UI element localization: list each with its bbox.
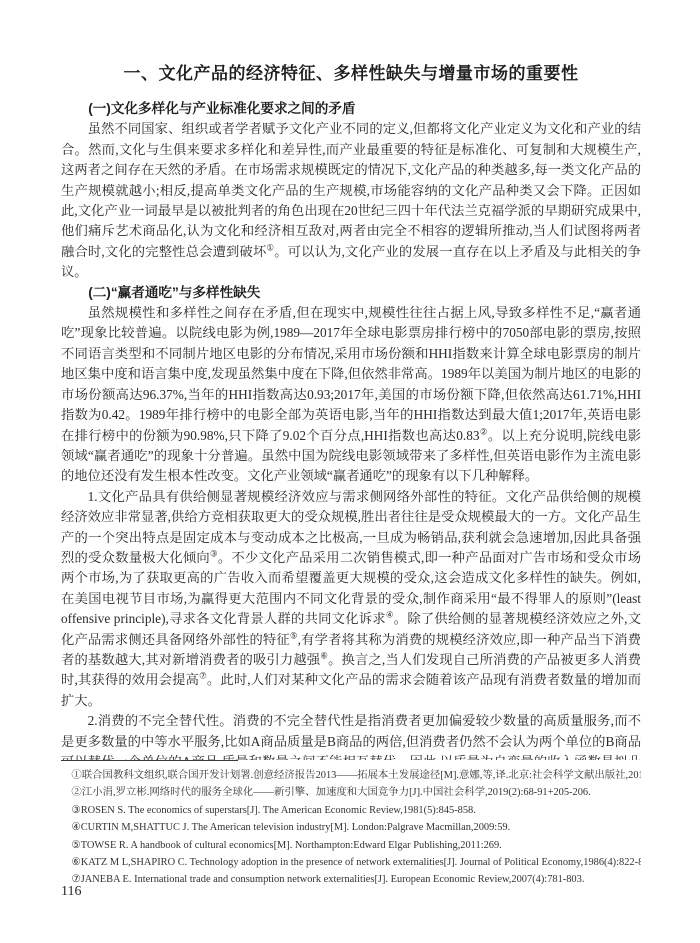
footnote-ref: ④ (386, 610, 394, 620)
article-title: 一、文化产品的经济特征、多样性缺失与增量市场的重要性 (61, 62, 641, 86)
footnote-ref: ⑦ (199, 671, 207, 681)
paragraph-4: 2.消费的不完全替代性。消费的不完全替代性是指消费者更加偏爱较少数量的高质量服务… (61, 711, 641, 764)
footnote: ②江小涓,罗立彬.网络时代的服务全球化——新引擎、加速度和大国竞争力[J].中国… (61, 784, 641, 801)
paragraph-2: 虽然规模性和多样性之间存在矛盾,但在现实中,规模性往往占据上风,导致多样性不足,… (61, 303, 641, 487)
text-run: 虽然不同国家、组织或者学者赋予文化产业不同的定义,但都将文化产业定义为文化和产业… (61, 121, 641, 258)
footnote-ref: ⑥ (320, 651, 328, 661)
text-run: 2.消费的不完全替代性。消费的不完全替代性是指消费者更加偏爱较少数量的高质量服务… (61, 713, 641, 764)
footnote: ⑦JANEBA E. International trade and consu… (61, 871, 641, 888)
footnote: ③ROSEN S. The economics of superstars[J]… (61, 802, 641, 819)
section-heading-1: (一)文化多样化与产业标准化要求之间的矛盾 (61, 99, 641, 119)
page-number: 116 (61, 884, 81, 900)
footnote: ⑥KATZ M L,SHAPIRO C. Technology adoption… (61, 854, 641, 871)
paragraph-1: 虽然不同国家、组织或者学者赋予文化产业不同的定义,但都将文化产业定义为文化和产业… (61, 119, 641, 282)
footnotes-list: ①联合国教科文组织,联合国开发计划署.创意经济报告2013——拓展本土发展途径[… (61, 767, 641, 889)
footnote: ⑤TOWSE R. A handbook of cultural economi… (61, 837, 641, 854)
footnote-ref: ② (480, 426, 488, 436)
text-run: 虽然规模性和多样性之间存在矛盾,但在现实中,规模性往往占据上风,导致多样性不足,… (61, 305, 641, 442)
page: 一、文化产品的经济特征、多样性缺失与增量市场的重要性 (一)文化多样化与产业标准… (0, 0, 700, 943)
paragraph-3: 1.文化产品具有供给侧显著规模经济效应与需求侧网络外部性的特征。文化产品供给侧的… (61, 487, 641, 711)
article-body: 一、文化产品的经济特征、多样性缺失与增量市场的重要性 (一)文化多样化与产业标准… (61, 62, 641, 764)
footnote-ref: ⑤ (290, 630, 298, 640)
footnote-separator (61, 760, 238, 761)
footnote-ref: ③ (210, 549, 218, 559)
section-heading-2: (二)“赢者通吃”与多样性缺失 (61, 283, 641, 303)
article-title-text: 一、文化产品的经济特征、多样性缺失与增量市场的重要性 (124, 64, 579, 83)
footnote-area: ①联合国教科文组织,联合国开发计划署.创意经济报告2013——拓展本土发展途径[… (61, 760, 641, 889)
footnote: ①联合国教科文组织,联合国开发计划署.创意经济报告2013——拓展本土发展途径[… (61, 767, 641, 784)
footnote: ④CURTIN M,SHATTUC J. The American televi… (61, 819, 641, 836)
